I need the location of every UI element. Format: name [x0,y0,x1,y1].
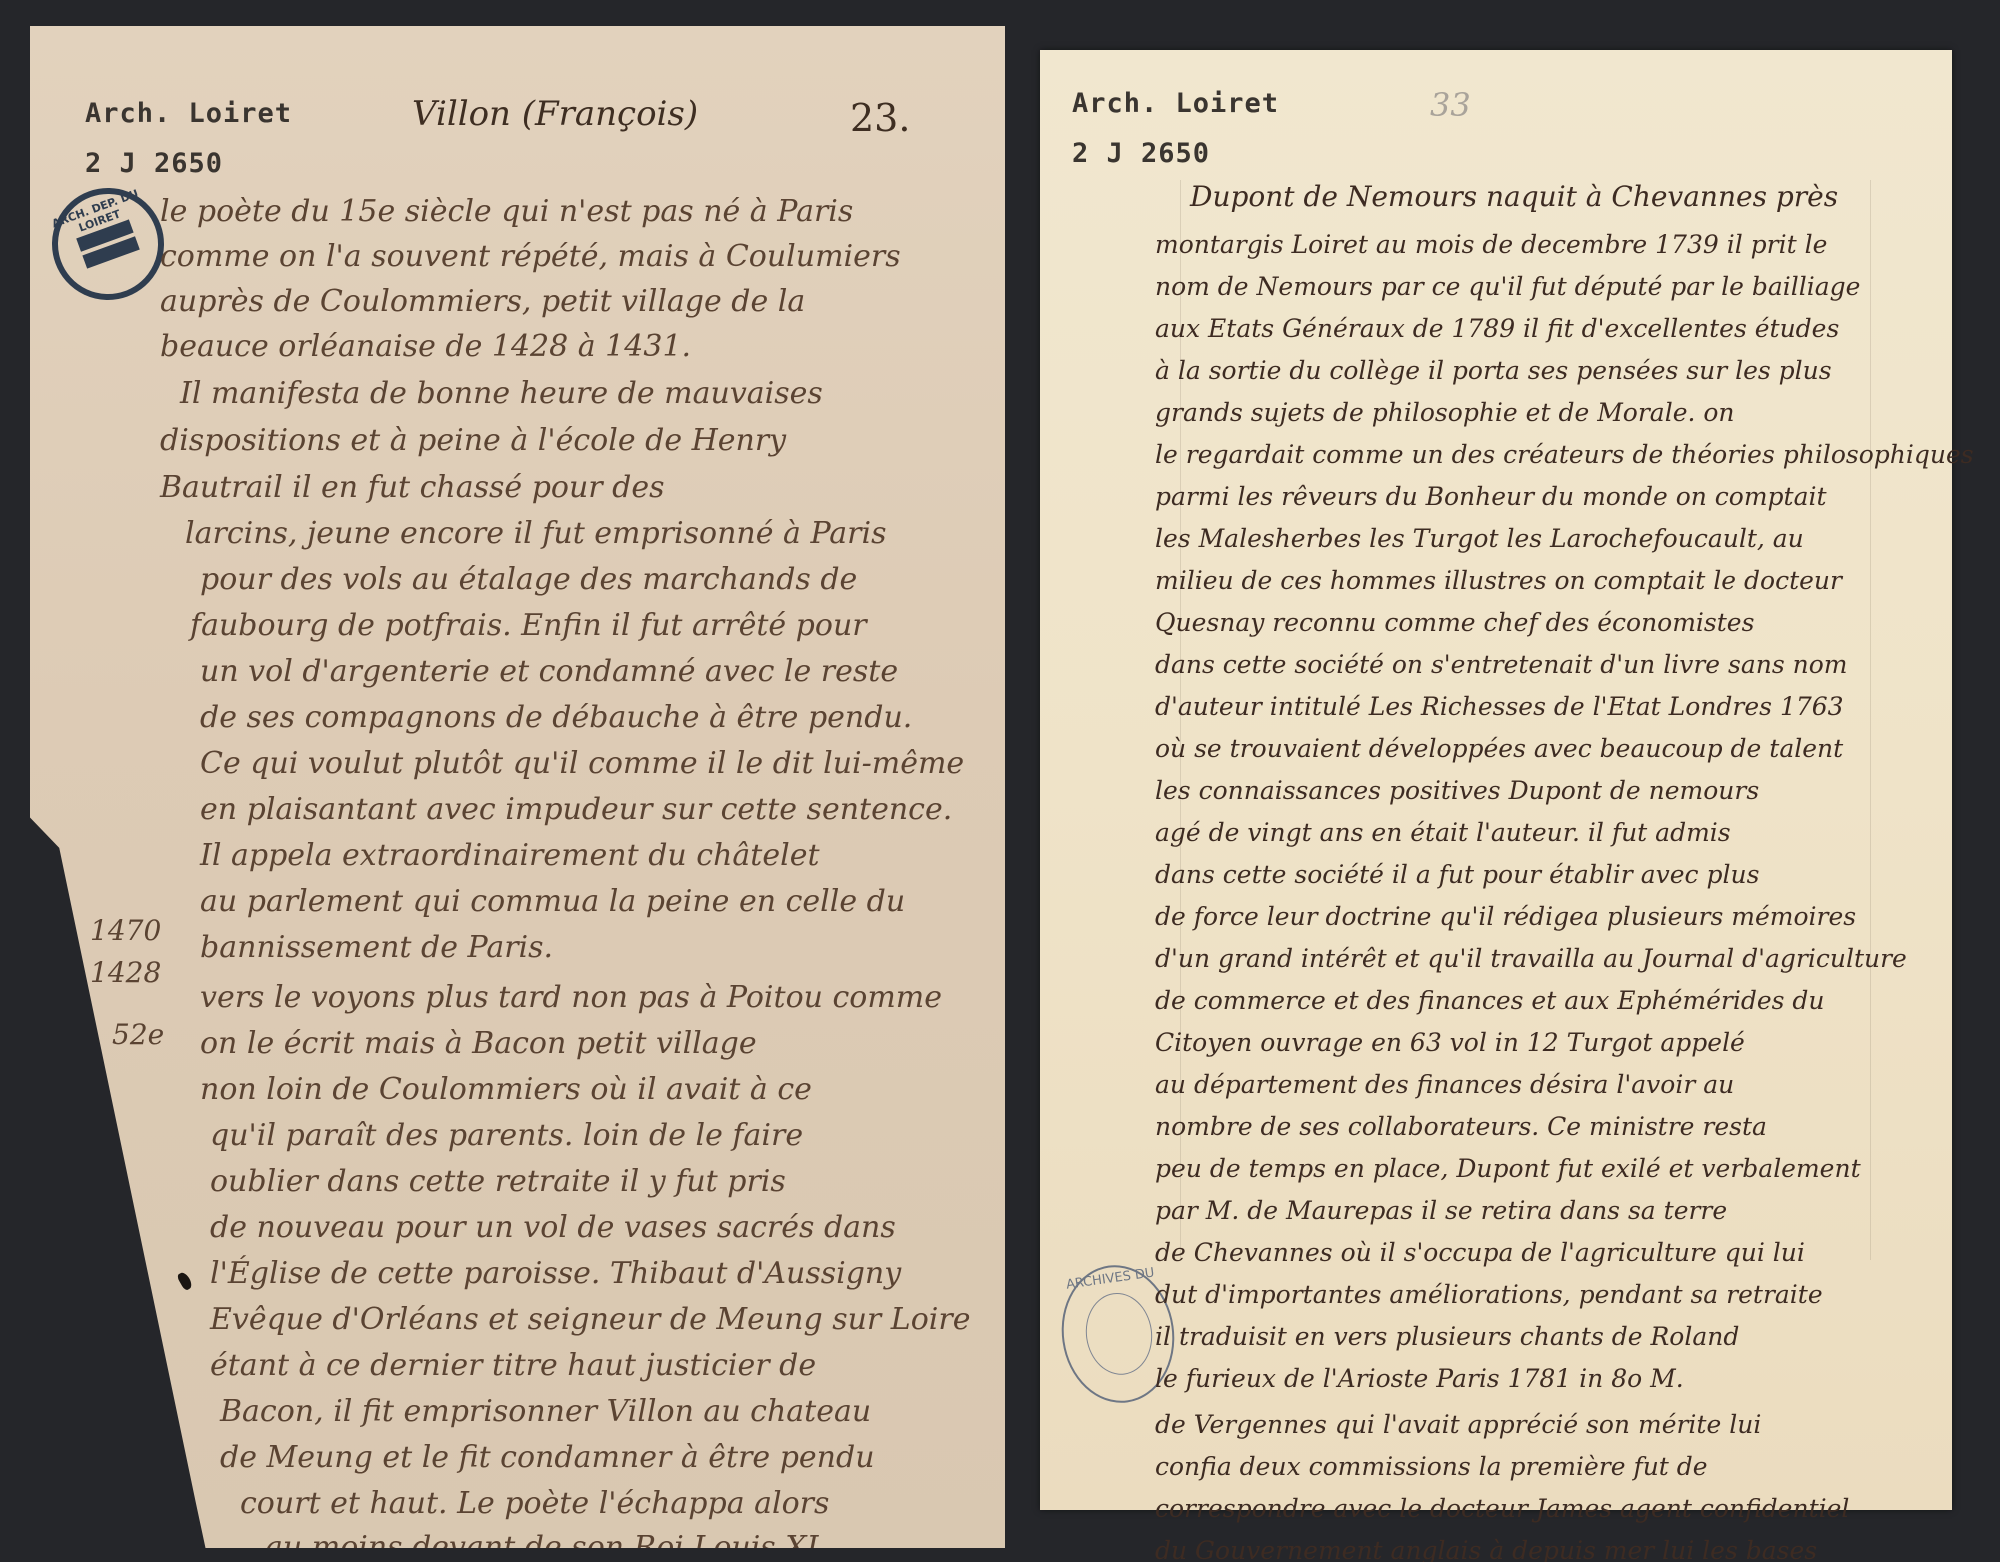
page-number: 23. [850,96,910,140]
text-line: court et haut. Le poète l'échappa alors [240,1486,829,1521]
text-line: Il appela extraordinairement du châtelet [200,838,820,873]
text-line: au moins devant de son Roi Louis XI [265,1530,818,1562]
text-line: Dupont de Nemours naquit à Chevannes prè… [1190,180,1838,213]
text-line: de Meung et le fit condamner à être pend… [220,1440,875,1475]
text-line: de Chevannes où il s'occupa de l'agricul… [1155,1238,1805,1267]
text-line: larcins, jeune encore il fut emprisonné … [185,516,887,551]
text-line: en plaisantant avec impudeur sur cette s… [200,792,952,827]
text-line: dut d'importantes améliorations, pendant… [1155,1280,1823,1309]
text-line: étant à ce dernier titre haut justicier … [210,1348,816,1383]
text-line: le poète du 15e siècle qui n'est pas né … [160,194,853,229]
text-line: pour des vols au étalage des marchands d… [200,562,857,597]
text-line: peu de temps en place, Dupont fut exilé … [1155,1154,1861,1183]
text-line: le furieux de l'Arioste Paris 1781 in 8o… [1155,1364,1684,1393]
text-line: de commerce et des finances et aux Ephém… [1155,986,1825,1015]
text-line: non loin de Coulommiers où il avait à ce [200,1072,812,1107]
text-line: de nouveau pour un vol de vases sacrés d… [210,1210,896,1245]
text-line: vers le voyons plus tard non pas à Poito… [200,980,942,1015]
text-line: on le écrit mais à Bacon petit village [200,1026,757,1061]
text-line: les connaissances positives Dupont de ne… [1155,776,1759,805]
margin-note-1470: 1470 [90,914,161,947]
text-line: auprès de Coulommiers, petit village de … [160,284,805,319]
text-line: dans cette société on s'entretenait d'un… [1155,650,1848,679]
margin-note-1428: 1428 [90,956,161,989]
text-line: faubourg de potfrais. Enfin il fut arrêt… [190,608,867,643]
text-line: dans cette société il a fut pour établir… [1155,860,1759,889]
text-line: Evêque d'Orléans et seigneur de Meung su… [210,1302,970,1337]
text-line: beauce orléanaise de 1428 à 1431. [160,329,691,364]
stamp-text: ARCHIVES DU [1056,1264,1165,1294]
text-line: le regardait comme un des créateurs de t… [1155,440,1974,469]
text-line: Bacon, il fit emprisonner Villon au chat… [220,1394,871,1429]
text-line: bannissement de Paris. [200,930,553,965]
text-line: au département des finances désira l'avo… [1155,1070,1734,1099]
text-line: de Vergennes qui l'avait apprécié son mé… [1155,1410,1761,1439]
text-line: qu'il paraît des parents. loin de le fai… [210,1118,803,1153]
text-line: correspondre avec le docteur James agent… [1155,1494,1849,1523]
text-line: comme on l'a souvent répété, mais à Coul… [160,239,901,274]
text-line: agé de vingt ans en était l'auteur. il f… [1155,818,1731,847]
text-line: de ses compagnons de débauche à être pen… [200,700,912,735]
call-number: 2 J 2650 [85,148,223,179]
ink-blot [176,1271,194,1292]
text-line: Ce qui voulut plutôt qu'il comme il le d… [200,746,964,781]
margin-rule-right [1870,180,1871,1260]
text-line: un vol d'argenterie et condamné avec le … [200,654,898,689]
archive-stamp-icon: ARCH. DEP. DU LOIRET [36,172,180,316]
text-line: du Gouvernement anglais à depuis mer lui… [1155,1536,1817,1562]
text-line: Citoyen ouvrage en 63 vol in 12 Turgot a… [1155,1028,1745,1057]
text-line: Bautrail il en fut chassé pour des [160,470,665,505]
archive-label: Arch. Loiret [1072,88,1279,119]
right-manuscript-page: Arch. Loiret 2 J 2650 33 ARCHIVES DU Dup… [1040,50,1952,1510]
text-line: Quesnay reconnu comme chef des économist… [1155,608,1754,637]
text-line: parmi les rêveurs du Bonheur du monde on… [1155,482,1827,511]
text-line: milieu de ces hommes illustres on compta… [1155,566,1842,595]
text-line: nombre de ses collaborateurs. Ce ministr… [1155,1112,1767,1141]
text-line: aux Etats Généraux de 1789 il fit d'exce… [1155,314,1839,343]
text-line: nom de Nemours par ce qu'il fut député p… [1155,272,1860,301]
text-line: au parlement qui commua la peine en cell… [200,884,905,919]
text-line: où se trouvaient développées avec beauco… [1155,734,1843,763]
margin-note-52e: 52e [112,1018,164,1051]
text-line: d'un grand intérêt et qu'il travailla au… [1155,944,1907,973]
left-manuscript-page: Arch. Loiret 2 J 2650 Villon (François) … [30,26,1005,1548]
text-line: par M. de Maurepas il se retira dans sa … [1155,1196,1727,1225]
text-line: les Malesherbes les Turgot les Larochefo… [1155,524,1804,553]
text-line: dispositions et à peine à l'école de Hen… [160,423,786,458]
call-number: 2 J 2650 [1072,138,1210,169]
text-line: montargis Loiret au mois de decembre 173… [1155,230,1827,259]
text-line: grands sujets de philosophie et de Moral… [1155,398,1735,427]
text-line: oublier dans cette retraite il y fut pri… [210,1164,786,1199]
text-line: de force leur doctrine qu'il rédigea plu… [1155,902,1856,931]
text-line: l'Église de cette paroisse. Thibaut d'Au… [210,1256,901,1291]
archive-label: Arch. Loiret [85,98,292,129]
pencil-folio-number: 33 [1430,86,1471,124]
text-line: Il manifesta de bonne heure de mauvaises [180,376,823,411]
text-line: d'auteur intitulé Les Richesses de l'Eta… [1155,692,1844,721]
text-line: il traduisit en vers plusieurs chants de… [1155,1322,1739,1351]
page-heading: Villon (François) [412,94,698,134]
text-line: confia deux commissions la première fut … [1155,1452,1708,1481]
text-line: à la sortie du collège il porta ses pens… [1155,356,1832,385]
